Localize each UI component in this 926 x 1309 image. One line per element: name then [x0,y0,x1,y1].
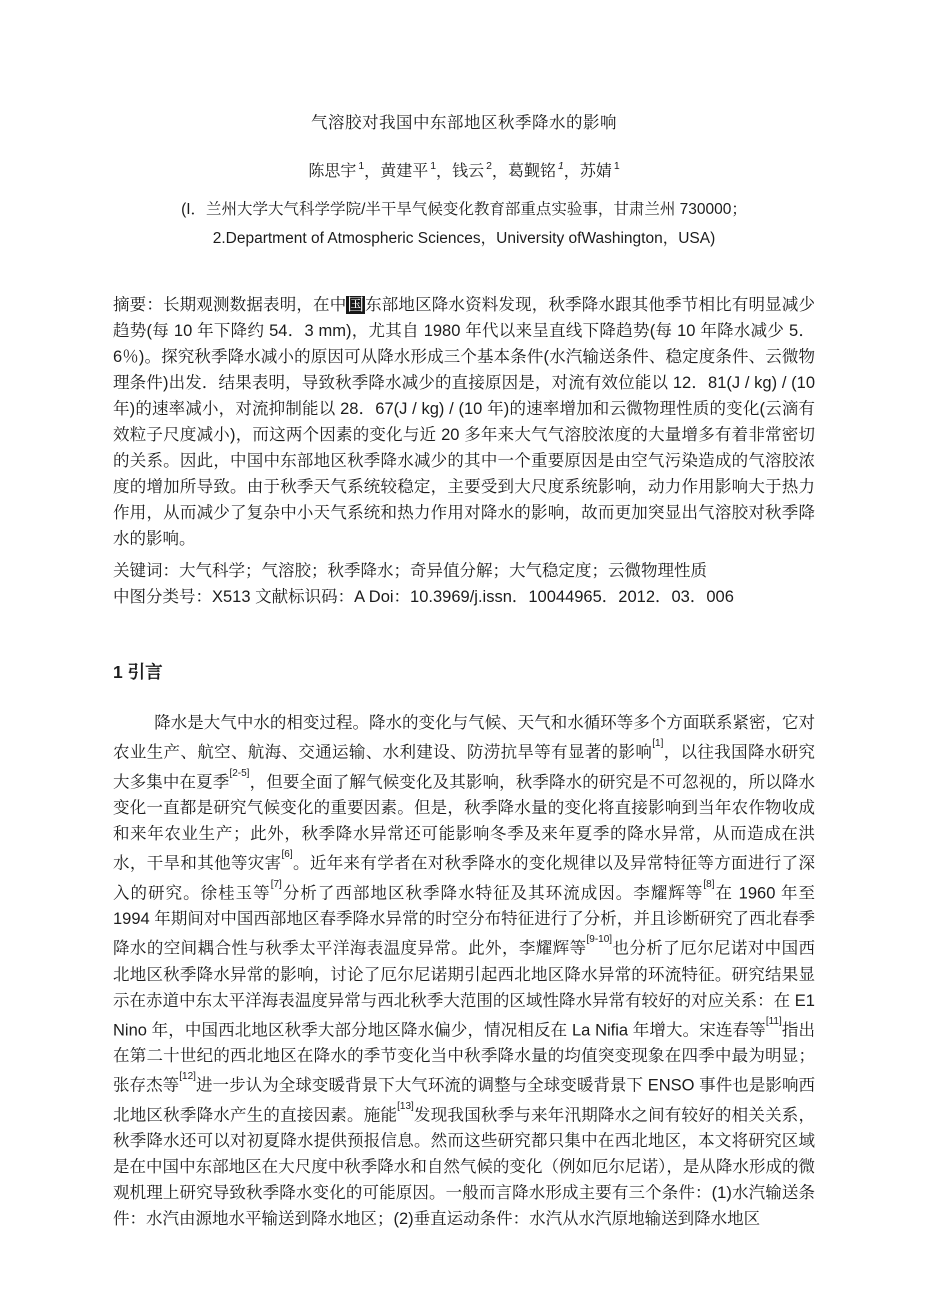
highlighted-char: 国 [346,296,365,314]
introduction-paragraph: 降水是大气中水的相变过程。降水的变化与气候、天气和水循环等多个方面联系紧密，它对… [113,710,815,1232]
author-affiliation-sup: 1 [614,160,620,172]
author-name: 钱云2 [452,163,492,180]
author-name: 黄建平1 [380,163,436,180]
citation-ref: [9-10] [587,934,613,945]
document-page: 气溶胶对我国中东部地区秋季降水的影响 陈思宇1，黄建平1，钱云2，葛觐铭1，苏婧… [0,0,926,1309]
section-heading-introduction: 1 引言 [113,661,815,683]
citation-ref: [2-5] [229,768,249,779]
author-name: 苏婧1 [580,163,620,180]
classification-doi-line: 中图分类号：X513 文献标识码：A Doi：10.3969/j.issn．10… [113,584,815,610]
keywords-line: 关键词：大气科学；气溶胶；秋季降水；奇异值分解；大气稳定度；云微物理性质 [113,558,815,584]
author-affiliation-sup: 1 [430,160,436,172]
authors-line: 陈思宇1，黄建平1，钱云2，葛觐铭1，苏婧1 [113,155,815,184]
abstract-paragraph: 摘要：长期观测数据表明，在中国东部地区降水资料发现，秋季降水跟其他季节相比有明显… [113,292,815,552]
citation-ref: [7] [271,879,282,890]
citation-ref: [8] [703,879,714,890]
affiliation-2: 2.Department of Atmospheric Sciences，Uni… [113,224,815,253]
citation-ref: [13] [397,1101,414,1112]
citation-ref: [12] [179,1071,196,1082]
author-name: 葛觐铭1 [508,163,564,180]
author-name: 陈思宇1 [308,163,364,180]
citation-ref: [11] [766,1016,782,1027]
author-affiliation-sup: 1 [358,160,364,172]
citation-ref: [1] [652,738,663,749]
affiliations: (I．兰州大学大气科学学院/半干旱气候变化教育部重点实验事，甘肃兰州 73000… [113,195,815,253]
affiliation-1: (I．兰州大学大气科学学院/半干旱气候变化教育部重点实验事，甘肃兰州 73000… [113,195,815,224]
citation-ref: [6] [282,849,293,860]
author-affiliation-sup: 2 [486,160,492,172]
keywords-block: 关键词：大气科学；气溶胶；秋季降水；奇异值分解；大气稳定度；云微物理性质 中图分… [113,558,815,610]
author-affiliation-sup: 1 [558,160,564,172]
paper-title: 气溶胶对我国中东部地区秋季降水的影响 [113,111,815,135]
